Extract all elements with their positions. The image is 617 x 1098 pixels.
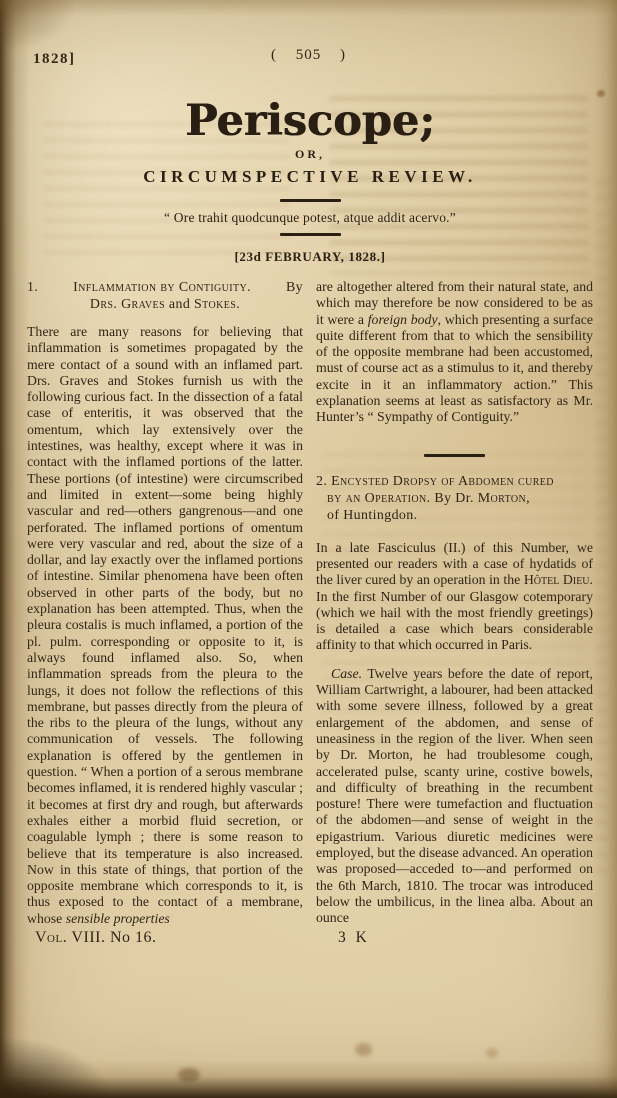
motto-quote: “ Ore trahit quodcunque potest, atque ad… — [27, 210, 593, 226]
article1-by-label: By — [286, 279, 303, 296]
issue-date: [23d FEBRUARY, 1828.] — [27, 249, 593, 265]
or-label: OR, — [27, 147, 593, 162]
article2-title-line2: by an Operation. — [327, 491, 431, 506]
case-label: Case. — [331, 666, 362, 681]
paper-stain — [355, 1043, 372, 1056]
left-column: 1. Inflammation by Contiguity. By Drs. G… — [27, 279, 303, 946]
article2-hotel-dieu: Hôtel Dieu. — [524, 572, 593, 587]
scanned-page: 1828] ( 505 ) Periscope; OR, CIRCUMSPECT… — [0, 0, 617, 1098]
right-column: are altogether altered from their natura… — [316, 279, 593, 946]
continuation-text: , which presenting a surface quite diffe… — [316, 312, 593, 425]
article2-number: 2. — [316, 474, 327, 489]
corner-shadow-bottom-left — [0, 1038, 110, 1098]
article1-title: Inflammation by Contiguity. — [73, 279, 251, 296]
article1-number: 1. — [27, 279, 38, 296]
divider-rule — [280, 199, 341, 202]
article2-case-text: Twelve years before the date of report, … — [316, 666, 593, 925]
page-edge-shadow-top — [0, 0, 617, 16]
journal-title: Periscope; — [27, 96, 593, 146]
signature-mark: 3 K — [338, 930, 593, 946]
article2-author: Morton, — [478, 491, 530, 506]
article2-title-by: By Dr. — [434, 491, 473, 506]
article2-title-line1: Encysted Dropsy of Abdomen cured — [331, 474, 554, 489]
article1-heading: 1. Inflammation by Contiguity. By Drs. G… — [27, 279, 303, 313]
article1-authors: Drs. Graves — [90, 297, 165, 312]
article1-body-paragraph: There are many reasons for believing tha… — [27, 324, 303, 927]
page-edge-shadow-right — [593, 0, 617, 1098]
article1-body-text: There are many reasons for believing tha… — [27, 324, 303, 926]
text-columns: 1. Inflammation by Contiguity. By Drs. G… — [27, 279, 593, 946]
article1-body-italic: sensible properties — [66, 911, 170, 926]
article2-case-paragraph: Case. Twelve years before the date of re… — [316, 666, 593, 927]
continuation-italic: foreign body — [368, 312, 438, 327]
article2-p1-text: In the first Number of our Glasgow cotem… — [316, 589, 593, 653]
article1-authors: Stokes. — [194, 297, 240, 312]
section-divider-rule — [424, 454, 485, 457]
review-title: CIRCUMSPECTIVE REVIEW. — [27, 167, 593, 187]
article1-authors-and: and — [169, 297, 190, 312]
divider-rule — [280, 233, 341, 236]
article2-paragraph1: In a late Fasciculus (II.) of this Numbe… — [316, 540, 593, 654]
page-edge-shadow-left — [0, 0, 30, 1098]
article1-continuation-paragraph: are altogether altered from their natura… — [316, 279, 593, 426]
article2-heading: 2. Encysted Dropsy of Abdomen cured by a… — [316, 473, 593, 524]
volume-label: Vol. VIII. No 16. — [35, 930, 303, 946]
volume-smallcaps: Vol. — [35, 929, 67, 946]
paper-stain — [486, 1048, 498, 1058]
article2-author-place: of Huntingdon. — [316, 507, 593, 524]
masthead: Periscope; OR, CIRCUMSPECTIVE REVIEW. “ … — [27, 96, 593, 265]
page-number: ( 505 ) — [0, 47, 617, 64]
volume-rest: VIII. No 16. — [67, 929, 156, 946]
